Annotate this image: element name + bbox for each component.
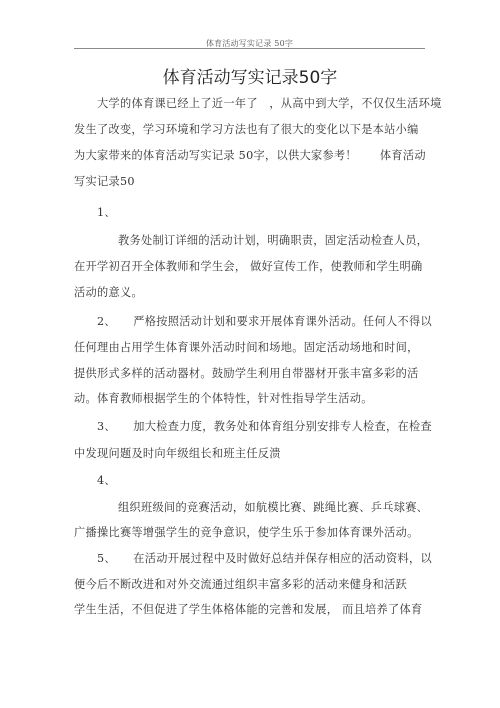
paragraph-line: 组织班级间的竞赛活动，如航模比赛、跳绳比赛、乒乓球赛、 [118, 499, 428, 515]
paragraph-line: 发生了改变，学习环境和学习方法也有了很大的变化以下是本站小编 [74, 121, 419, 137]
paragraph-line: 2、 严格按照活动计划和要求开展体育课外活动。任何人不得以 [97, 313, 432, 329]
paragraph-line: 广播操比赛等增强学生的竞争意识，使学生乐于参加体育课外活动。 [74, 524, 419, 540]
list-number: 1、 [97, 204, 116, 220]
paragraph-line: 3、 加大检查力度，教务处和体育组分别安排专人检查，在检查 [97, 418, 432, 434]
paragraph-line: 大学的体育课已经上了近一年了 ，从高中到大学，不仅仅生活环境 [97, 95, 442, 111]
paragraph-line: 活动的意义。 [74, 284, 143, 300]
paragraph-line: 中发现问题及时向年级组长和班主任反溃 [74, 445, 281, 461]
paragraph-line: 写实记录50 [74, 173, 135, 189]
paragraph-line: 动。体育教师根据学生的个体特性，针对性指导学生活动。 [74, 390, 373, 406]
list-number: 4、 [97, 472, 116, 488]
paragraph-line: 5、 在活动开展过程中及时做好总结并保存相应的活动资料，以 [97, 550, 432, 566]
header-rule [74, 48, 425, 49]
paragraph-line: 为大家带来的体育活动写实记录 50字，以供大家参考！ 体育活动 [74, 147, 426, 163]
paragraph-line: 任何理由占用学生体育课外活动时间和场地。固定活动场地和时间， [74, 339, 419, 355]
paragraph-line: 学生生活，不但促进了学生体格体能的完善和发展， 而且培养了体育 [74, 601, 422, 617]
paragraph-line: 便今后不断改进和对外交流通过组织丰富多彩的活动来健身和活跃 [74, 576, 407, 592]
paragraph-line: 在开学初召开全体教师和学生会， 做好宣传工作，使教师和学生明确 [74, 258, 422, 274]
paragraph-line: 提供形式多样的活动器材。鼓励学生利用自带器材开张丰富多彩的活 [74, 365, 419, 381]
paragraph-line: 教务处制订详细的活动计划，明确职责，固定活动检查人员， [118, 232, 428, 248]
page-title: 体育活动写实记录50字 [0, 63, 500, 88]
document-page: 体育活动写实记录 50字 体育活动写实记录50字 大学的体育课已经上了近一年了 … [0, 0, 500, 708]
